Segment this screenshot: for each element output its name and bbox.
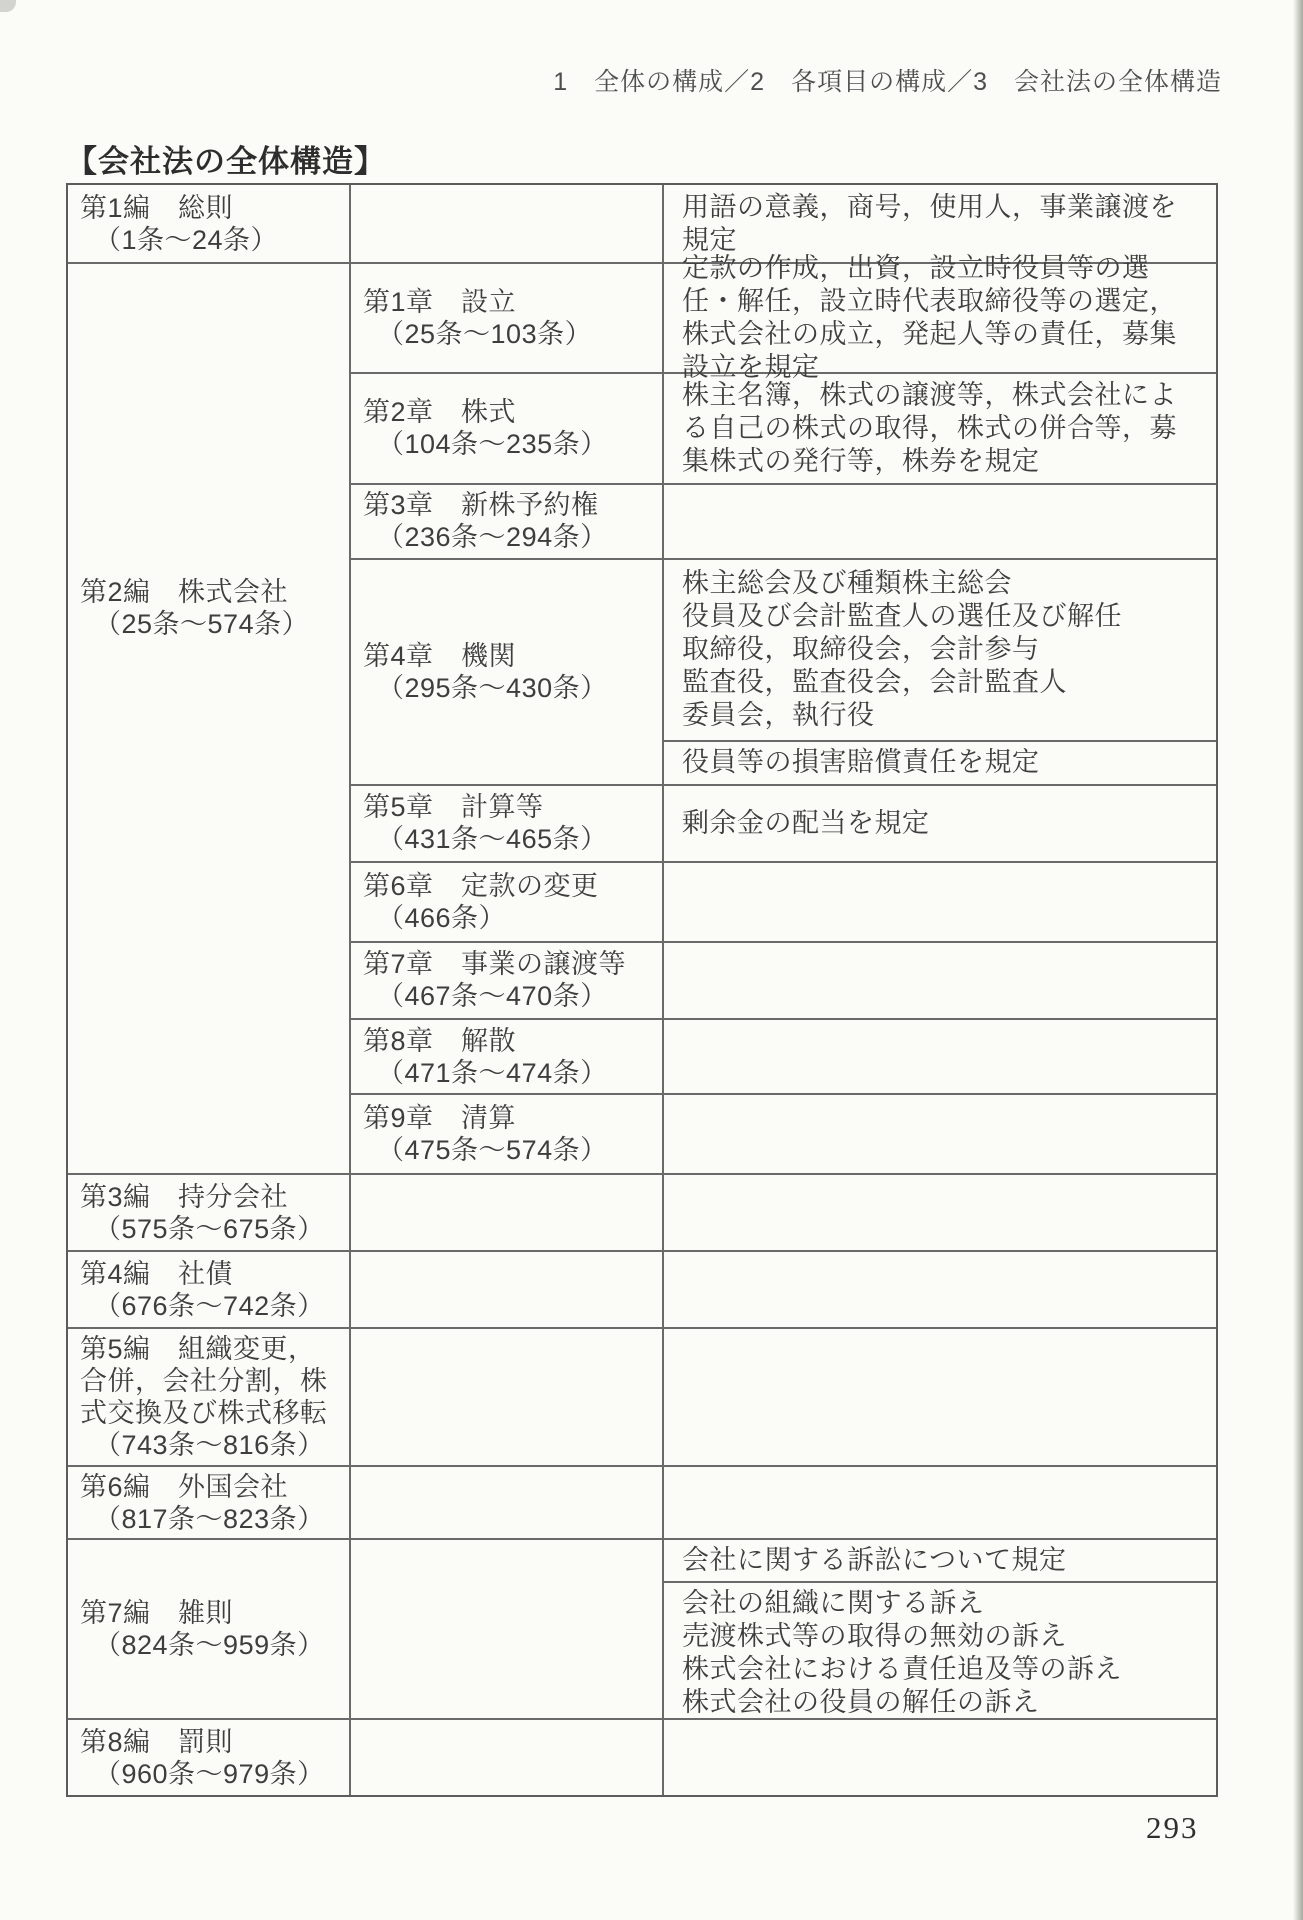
description-cell-empty <box>662 1720 1216 1795</box>
chapter-row-2: 第2章 株式 （104条～235条） 株主名簿，株式の譲渡等，株式会社による自己… <box>351 374 1216 485</box>
part-name: 第7編 雑則 <box>80 1597 343 1629</box>
description-subcells: 会社に関する訴訟について規定 会社の組織に関する訴え 売渡株式等の取得の無効の訴… <box>662 1540 1216 1718</box>
part-name: 第4編 社債 <box>80 1258 343 1290</box>
chapter-row-1: 第1章 設立 （25条～103条） 定款の作成，出資，設立時役員等の選任・解任，… <box>351 264 1216 374</box>
chapter-article-range: （471条～474条） <box>363 1057 656 1089</box>
part-name: 第1編 総則 <box>80 192 343 224</box>
chapter-cell-empty <box>349 1175 662 1250</box>
chapter-name: 第5章 計算等 <box>363 791 656 823</box>
description-cell-empty <box>662 1020 1216 1093</box>
chapter-cell: 第1章 設立 （25条～103条） <box>351 264 662 372</box>
description-cell-empty <box>662 863 1216 941</box>
part-cell: 第3編 持分会社 （575条～675条） <box>68 1175 349 1250</box>
part-cell: 第4編 社債 （676条～742条） <box>68 1252 349 1327</box>
table-row-part3: 第3編 持分会社 （575条～675条） <box>68 1175 1216 1252</box>
part-cell: 第6編 外国会社 （817条～823条） <box>68 1467 349 1538</box>
description-cell-empty <box>662 485 1216 558</box>
chapter-article-range: （431条～465条） <box>363 823 656 855</box>
part-article-range: （676条～742条） <box>80 1290 343 1322</box>
part-article-range: （1条～24条） <box>80 224 343 256</box>
chapter-name: 第6章 定款の変更 <box>363 870 656 902</box>
chapter-cell: 第9章 清算 （475条～574条） <box>351 1095 662 1173</box>
description-cell-empty <box>662 1329 1216 1465</box>
chapter-article-range: （295条～430条） <box>363 672 656 704</box>
part-cell: 第2編 株式会社 （25条～574条） <box>68 264 349 1173</box>
part-cell: 第7編 雑則 （824条～959条） <box>68 1540 349 1718</box>
table-row-part2: 第2編 株式会社 （25条～574条） 第1章 設立 （25条～103条） 定款… <box>68 264 1216 1175</box>
book-page: { "page": { "header": "1 全体の構成／2 各項目の構成／… <box>0 0 1303 1920</box>
chapter-row-3: 第3章 新株予約権 （236条～294条） <box>351 485 1216 560</box>
chapter-row-4: 第4章 機関 （295条～430条） 株主総会及び種類株主総会 役員及び会計監査… <box>351 560 1216 786</box>
chapter-cell-empty <box>349 1467 662 1538</box>
chapter-row-6: 第6章 定款の変更 （466条） <box>351 863 1216 943</box>
chapter-article-range: （467条～470条） <box>363 980 656 1012</box>
part-article-range: （817条～823条） <box>80 1503 343 1535</box>
chapter-article-range: （466条） <box>363 902 656 934</box>
table-row-part4: 第4編 社債 （676条～742条） <box>68 1252 1216 1329</box>
description-cell: 定款の作成，出資，設立時役員等の選任・解任，設立時代表取締役等の選定，株式会社の… <box>662 264 1216 372</box>
chapter-cell: 第4章 機関 （295条～430条） <box>351 560 662 784</box>
chapter-cell-empty <box>349 1720 662 1795</box>
table-row-part8: 第8編 罰則 （960条～979条） <box>68 1720 1216 1795</box>
page-number: 293 <box>1146 1810 1199 1846</box>
part-name: 第5編 組織変更，合併，会社分割，株式交換及び株式移転 <box>80 1333 343 1429</box>
chapter-name: 第1章 設立 <box>363 286 656 318</box>
description-cell: 用語の意義，商号，使用人，事業譲渡を規定 <box>662 185 1216 262</box>
part-article-range: （25条～574条） <box>80 608 343 640</box>
description-cell: 株主総会及び種類株主総会 役員及び会計監査人の選任及び解任 取締役，取締役会，会… <box>664 560 1216 742</box>
chapter-cell: 第5章 計算等 （431条～465条） <box>351 786 662 861</box>
chapter-name: 第7章 事業の譲渡等 <box>363 948 656 980</box>
part-article-range: （743条～816条） <box>80 1429 343 1461</box>
chapter-name: 第4章 機関 <box>363 640 656 672</box>
description-cell: 会社に関する訴訟について規定 <box>664 1540 1216 1583</box>
chapter-cell-empty <box>349 1329 662 1465</box>
chapter-cell-empty <box>349 185 662 262</box>
table-row-part5: 第5編 組織変更，合併，会社分割，株式交換及び株式移転 （743条～816条） <box>68 1329 1216 1467</box>
description-cell-empty <box>662 1095 1216 1173</box>
chapter-cell-empty <box>349 1252 662 1327</box>
part-article-range: （575条～675条） <box>80 1213 343 1245</box>
chapter-cell: 第2章 株式 （104条～235条） <box>351 374 662 483</box>
chapter-name: 第3章 新株予約権 <box>363 489 656 521</box>
description-cell: 剰余金の配当を規定 <box>662 786 1216 861</box>
chapter-cell-empty <box>349 1540 662 1718</box>
chapter-row-9: 第9章 清算 （475条～574条） <box>351 1095 1216 1173</box>
chapter-name: 第8章 解散 <box>363 1025 656 1057</box>
chapter-cell: 第8章 解散 （471条～474条） <box>351 1020 662 1093</box>
chapter-cell: 第6章 定款の変更 （466条） <box>351 863 662 941</box>
part-article-range: （824条～959条） <box>80 1629 343 1661</box>
description-cell: 役員等の損害賠償責任を規定 <box>664 742 1216 784</box>
chapter-cell: 第3章 新株予約権 （236条～294条） <box>351 485 662 558</box>
description-cell-empty <box>662 943 1216 1019</box>
description-cell: 株主名簿，株式の譲渡等，株式会社による自己の株式の取得，株式の併合等，募集株式の… <box>662 374 1216 483</box>
chapter-row-7: 第7章 事業の譲渡等 （467条～470条） <box>351 943 1216 1021</box>
chapter-row-8: 第8章 解散 （471条～474条） <box>351 1020 1216 1095</box>
description-subcells: 株主総会及び種類株主総会 役員及び会計監査人の選任及び解任 取締役，取締役会，会… <box>662 560 1216 784</box>
part-cell: 第5編 組織変更，合併，会社分割，株式交換及び株式移転 （743条～816条） <box>68 1329 349 1465</box>
scan-edge-shadow <box>1293 0 1303 1920</box>
part-cell: 第8編 罰則 （960条～979条） <box>68 1720 349 1795</box>
description-cell: 会社の組織に関する訴え 売渡株式等の取得の無効の訴え 株式会社における責任追及等… <box>664 1583 1216 1723</box>
section-title: 【会社法の全体構造】 <box>66 136 386 181</box>
chapter-rows: 第1章 設立 （25条～103条） 定款の作成，出資，設立時役員等の選任・解任，… <box>349 264 1216 1173</box>
description-cell-empty <box>662 1175 1216 1250</box>
part-name: 第2編 株式会社 <box>80 576 343 608</box>
part-article-range: （960条～979条） <box>80 1758 343 1790</box>
chapter-row-5: 第5章 計算等 （431条～465条） 剰余金の配当を規定 <box>351 786 1216 863</box>
table-row-part7: 第7編 雑則 （824条～959条） 会社に関する訴訟について規定 会社の組織に… <box>68 1540 1216 1720</box>
description-cell-empty <box>662 1467 1216 1538</box>
chapter-article-range: （25条～103条） <box>363 318 656 350</box>
description-cell-empty <box>662 1252 1216 1327</box>
chapter-article-range: （104条～235条） <box>363 428 656 460</box>
scan-artifact <box>0 0 16 12</box>
chapter-article-range: （236条～294条） <box>363 521 656 553</box>
chapter-article-range: （475条～574条） <box>363 1134 656 1166</box>
structure-table: 第1編 総則 （1条～24条） 用語の意義，商号，使用人，事業譲渡を規定 第2編… <box>66 183 1218 1797</box>
part-name: 第3編 持分会社 <box>80 1181 343 1213</box>
chapter-name: 第9章 清算 <box>363 1102 656 1134</box>
chapter-name: 第2章 株式 <box>363 396 656 428</box>
chapter-cell: 第7章 事業の譲渡等 （467条～470条） <box>351 943 662 1019</box>
table-row-part6: 第6編 外国会社 （817条～823条） <box>68 1467 1216 1540</box>
part-name: 第6編 外国会社 <box>80 1471 343 1503</box>
part-name: 第8編 罰則 <box>80 1726 343 1758</box>
part-cell: 第1編 総則 （1条～24条） <box>68 185 349 262</box>
running-head: 1 全体の構成／2 各項目の構成／3 会社法の全体構造 <box>0 62 1222 98</box>
